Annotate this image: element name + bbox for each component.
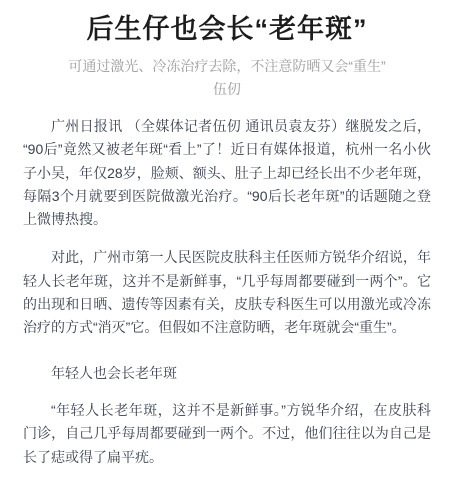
paragraph-3: “年轻人长老年斑，这并不是新鲜事。”方锐华介绍，在皮肤科门诊，自己几乎每周都要碰… xyxy=(23,399,431,469)
section-heading: 年轻人也会长老年斑 xyxy=(23,362,431,385)
article-title: 后生仔也会长“老年斑” xyxy=(23,9,431,49)
article-author: 伍仞 xyxy=(23,79,431,99)
article-subtitle: 可通过激光、冷冻治疗去除，不注意防晒又会“重生” xyxy=(23,56,431,76)
paragraph-2: 对此，广州市第一人民医院皮肤科主任医师方锐华介绍说，年轻人长老年斑，这并不是新鲜… xyxy=(23,246,431,339)
article: 后生仔也会长“老年斑” 可通过激光、冷冻治疗去除，不注意防晒又会“重生” 伍仞 … xyxy=(0,0,454,469)
paragraph-1: 广州日报讯 （全媒体记者伍仞 通讯员袁友芬）继脱发之后，“90后”竟然又被老年斑… xyxy=(23,115,431,231)
